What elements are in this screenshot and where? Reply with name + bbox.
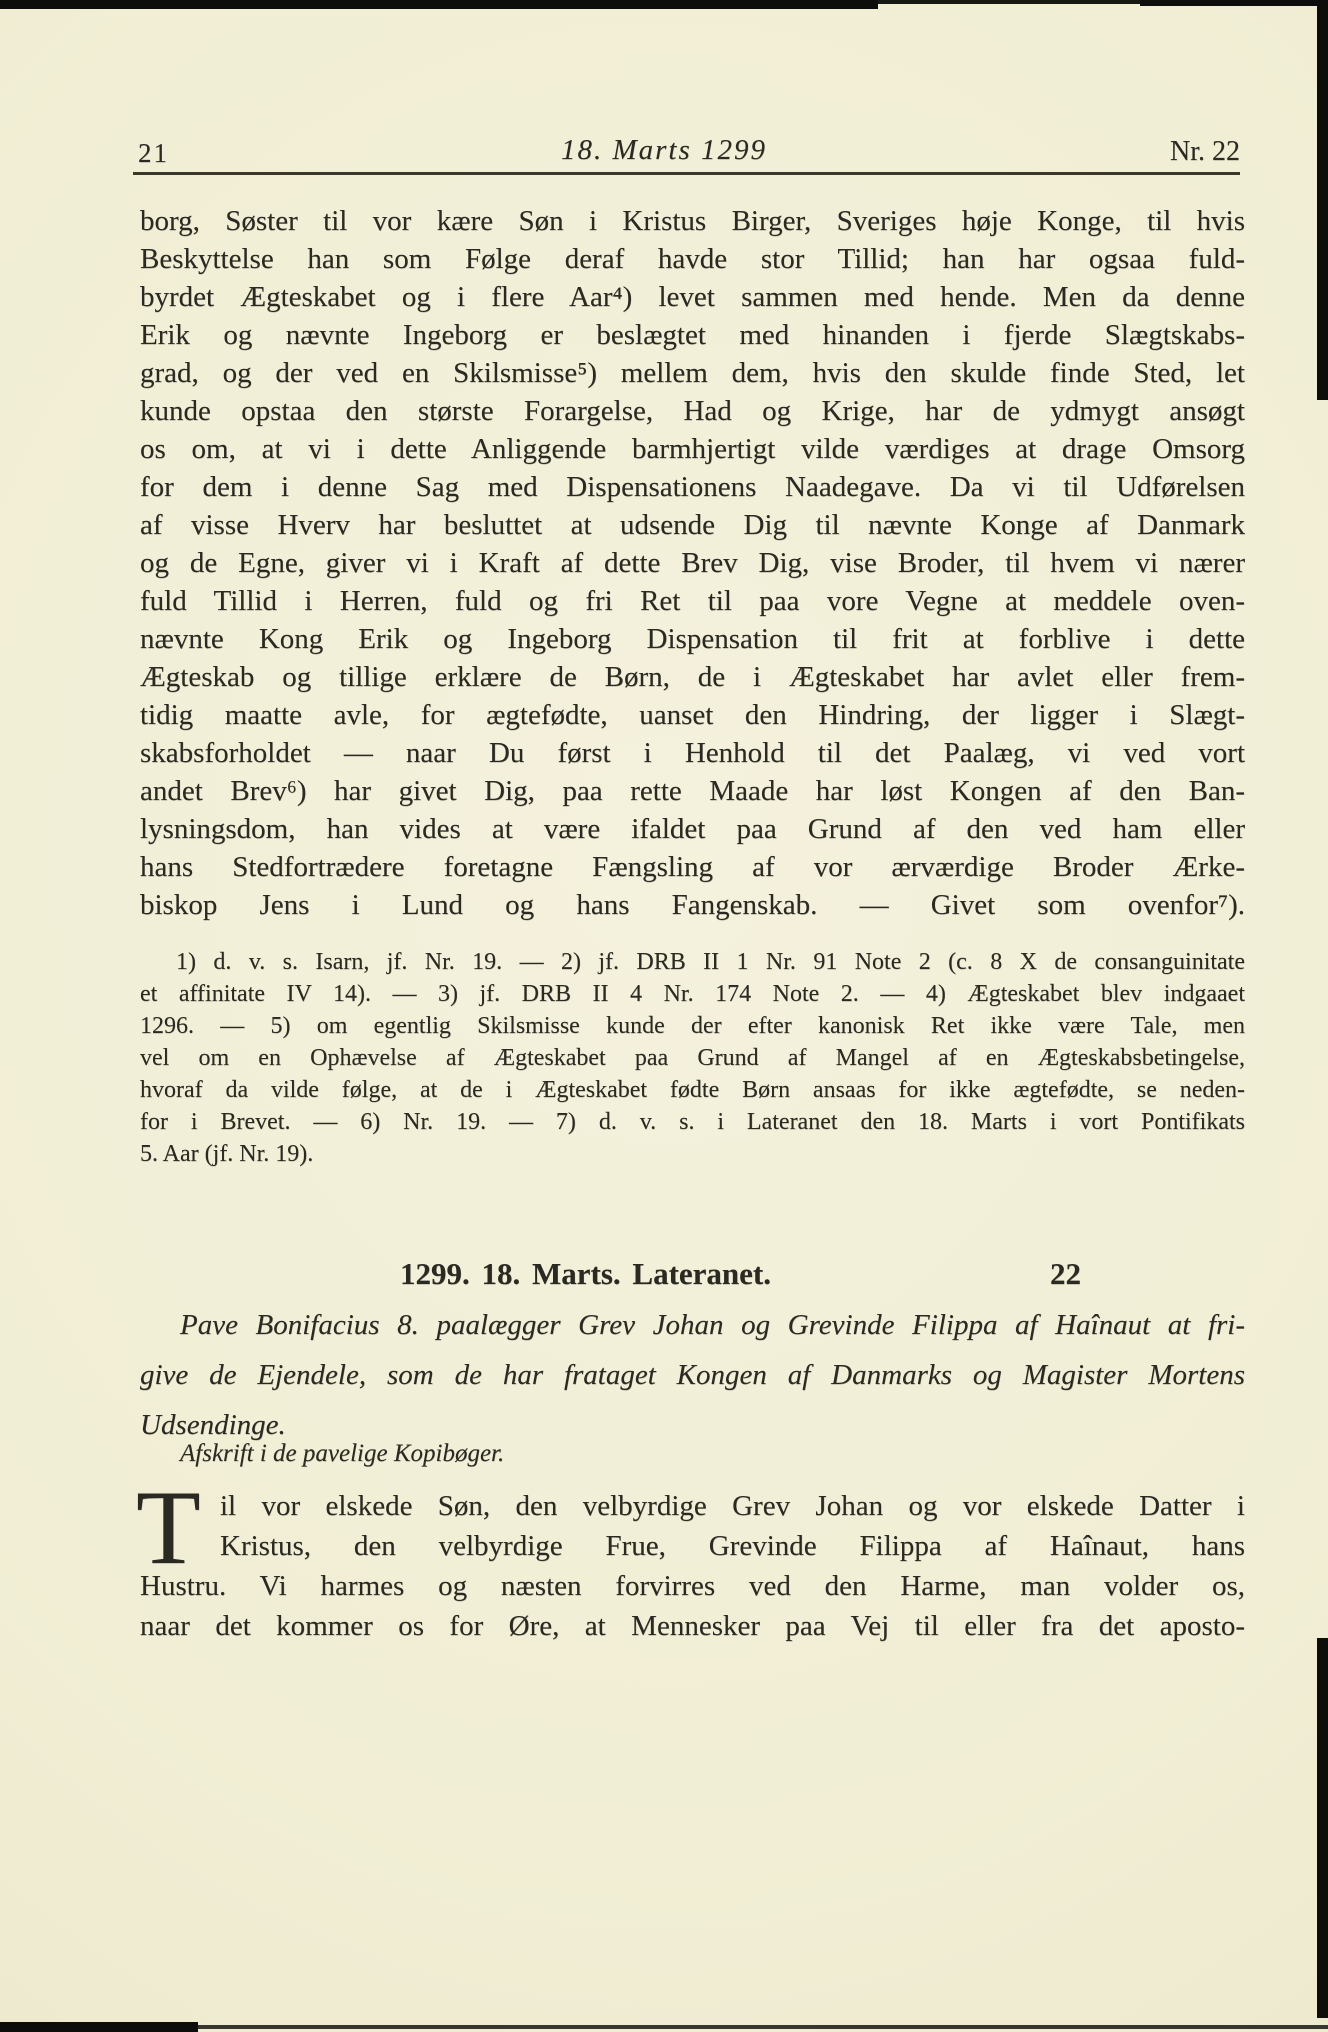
drop-cap: T [136, 1486, 201, 1570]
text-line: Erik og nævnte Ingeborg er beslægtet med… [140, 316, 1245, 354]
text-line: skabsforholdet — naar Du først i Henhold… [140, 734, 1245, 772]
text-line: borg, Søster til vor kære Søn i Kristus … [140, 202, 1245, 240]
text-line: lysningsdom, han vides at være ifaldet p… [140, 810, 1245, 848]
text-line: fuld Tillid i Herren, fuld og fri Ret ti… [140, 582, 1245, 620]
text-line: hans Stedfortrædere foretagne Fængsling … [140, 848, 1245, 886]
footnote-line: for i Brevet. — 6) Nr. 19. — 7) d. v. s.… [140, 1106, 1245, 1138]
footnote-line: 5. Aar (jf. Nr. 19). [140, 1138, 1245, 1170]
footnote-line: vel om en Ophævelse af Ægteskabet paa Gr… [140, 1042, 1245, 1074]
text-line: af visse Hverv har besluttet at udsende … [140, 506, 1245, 544]
letter-opening-text: T il vor elskede Søn, den velbyrdige Gre… [140, 1486, 1245, 1646]
text-line: grad, og der ved en Skilsmisse⁵) mellem … [140, 354, 1245, 392]
text-line: os om, at vi i dette Anliggende barmhjer… [140, 430, 1245, 468]
text-line: Hustru. Vi harmes og næsten forvirres ve… [140, 1566, 1245, 1606]
text-line: for dem i denne Sag med Dispensationens … [140, 468, 1245, 506]
footnote-line: et affinitate IV 14). — 3) jf. DRB II 4 … [140, 978, 1245, 1010]
text-line: naar det kommer os for Øre, at Mennesker… [140, 1606, 1245, 1646]
scan-artifact-bottom-line [198, 2025, 1328, 2029]
scan-artifact-right-strip-lower [1317, 1638, 1328, 2018]
summary-line: Pave Bonifacius 8. paalægger Grev Johan … [140, 1300, 1245, 1350]
text-line: Kristus, den velbyrdige Frue, Grevinde F… [140, 1526, 1245, 1566]
scan-artifact-top-right [1140, 0, 1328, 6]
text-line: byrdet Ægteskabet og i flere Aar⁴) levet… [140, 278, 1245, 316]
scan-artifact-right-strip-upper [1317, 6, 1328, 400]
text-line: Beskyttelse han som Følge deraf havde st… [140, 240, 1245, 278]
entry-number-header: Nr. 22 [140, 136, 1240, 168]
text-line: biskop Jens i Lund og hans Fangenskab. —… [140, 886, 1245, 924]
footnote-line: 1) d. v. s. Isarn, jf. Nr. 19. — 2) jf. … [140, 946, 1245, 978]
footnote-line: 1296. — 5) om egentlig Skilsmisse kunde … [140, 1010, 1245, 1042]
summary-line: give de Ejendele, som de har frataget Ko… [140, 1350, 1245, 1400]
entry-heading: 1299. 18. Marts. Lateranet. [400, 1256, 771, 1292]
entry-number: 22 [1050, 1256, 1081, 1292]
source-note: Afskrift i de pavelige Kopibøger. [180, 1440, 504, 1468]
entry-heading-row: 1299. 18. Marts. Lateranet. 22 [140, 1256, 1245, 1298]
text-line: Ægteskab og tillige erklære de Børn, de … [140, 658, 1245, 696]
text-line: andet Brev⁶) har givet Dig, paa rette Ma… [140, 772, 1245, 810]
scan-artifact-top-bar [0, 0, 878, 9]
text-line: kunde opstaa den største Forargelse, Had… [140, 392, 1245, 430]
footnotes-block: 1) d. v. s. Isarn, jf. Nr. 19. — 2) jf. … [140, 946, 1245, 1170]
entry-summary: Pave Bonifacius 8. paalægger Grev Johan … [140, 1300, 1245, 1450]
scan-artifact-bottom-bar [0, 2022, 198, 2032]
text-line: il vor elskede Søn, den velbyrdige Grev … [140, 1486, 1245, 1526]
letter-body-text: borg, Søster til vor kære Søn i Kristus … [140, 202, 1245, 924]
header-rule [133, 172, 1240, 175]
scan-artifact-top-line [878, 0, 1140, 4]
text-line: og de Egne, giver vi i Kraft af dette Br… [140, 544, 1245, 582]
footnote-line: hvoraf da vilde følge, at de i Ægteskabe… [140, 1074, 1245, 1106]
text-line: nævnte Kong Erik og Ingeborg Dispensatio… [140, 620, 1245, 658]
text-line: tidig maatte avle, for ægtefødte, uanset… [140, 696, 1245, 734]
book-page: { "colors": { "paper": "#f1eed5", "ink":… [0, 0, 1328, 2032]
